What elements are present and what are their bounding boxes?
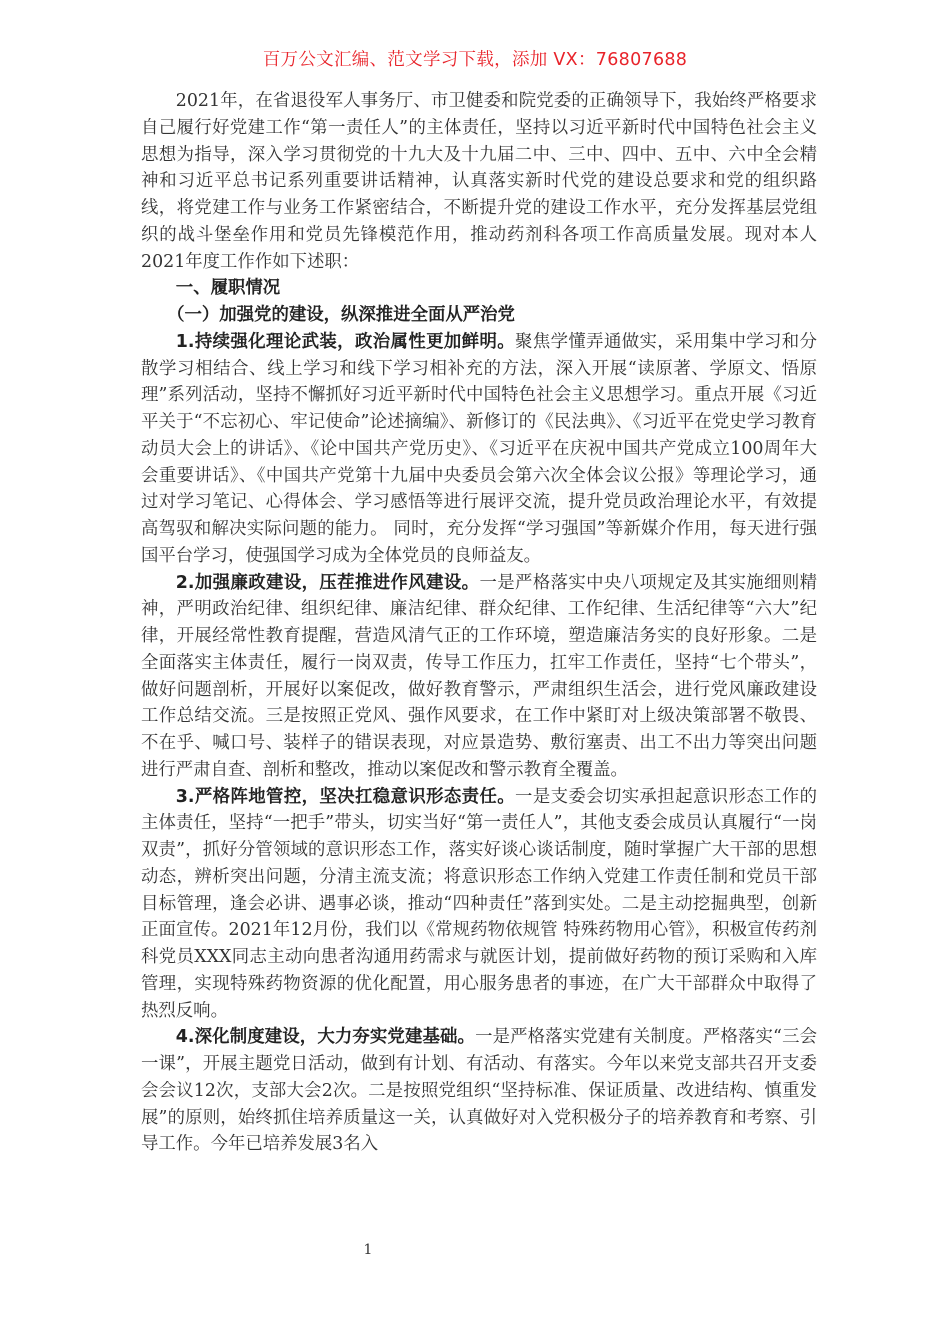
paragraph-lead: 4.深化制度建设，大力夯实党建基础。 [176, 1027, 475, 1047]
paragraph-text: 一是严格落实中央八项规定及其实施细则精神，严明政治纪律、组织纪律、廉洁纪律、群众… [141, 573, 817, 780]
paragraph-lead: 1.持续强化理论武装，政治属性更加鲜明。 [176, 332, 515, 352]
section-heading: 一、履职情况 [141, 275, 817, 302]
document-page: 百万公文汇编、范文学习下载，添加 VX：76807688 2021年，在省退役军… [0, 0, 950, 1344]
document-body: 2021年，在省退役军人事务厅、市卫健委和院党委的正确领导下，我始终严格要求自己… [141, 88, 817, 1158]
paragraph-text: 一是支委会切实承担起意识形态工作的主体责任，坚持“一把手”带头，切实当好“第一责… [141, 787, 817, 1021]
section-paragraph-2: 2.加强廉政建设，压茬推进作风建设。一是严格落实中央八项规定及其实施细则精神，严… [141, 570, 817, 784]
paragraph-text: 聚焦学懂弄通做实，采用集中学习和分散学习相结合、线上学习和线下学习相补充的方法，… [141, 332, 817, 566]
section-paragraph-4: 4.深化制度建设，大力夯实党建基础。一是严格落实党建有关制度。严格落实“三会一课… [141, 1024, 817, 1158]
intro-paragraph: 2021年，在省退役军人事务厅、市卫健委和院党委的正确领导下，我始终严格要求自己… [141, 88, 817, 275]
paragraph-lead: 2.加强廉政建设，压茬推进作风建设。 [176, 573, 480, 593]
subsection-heading: （一）加强党的建设，纵深推进全面从严治党 [141, 302, 817, 329]
section-paragraph-3: 3.严格阵地管控，坚决扛稳意识形态责任。一是支委会切实承担起意识形态工作的主体责… [141, 784, 817, 1025]
section-paragraph-1: 1.持续强化理论武装，政治属性更加鲜明。聚焦学懂弄通做实，采用集中学习和分散学习… [141, 329, 817, 570]
paragraph-lead: 3.严格阵地管控，坚决扛稳意识形态责任。 [176, 787, 515, 807]
promo-banner: 百万公文汇编、范文学习下载，添加 VX：76807688 [0, 46, 950, 71]
page-number: 1 [358, 1242, 378, 1258]
